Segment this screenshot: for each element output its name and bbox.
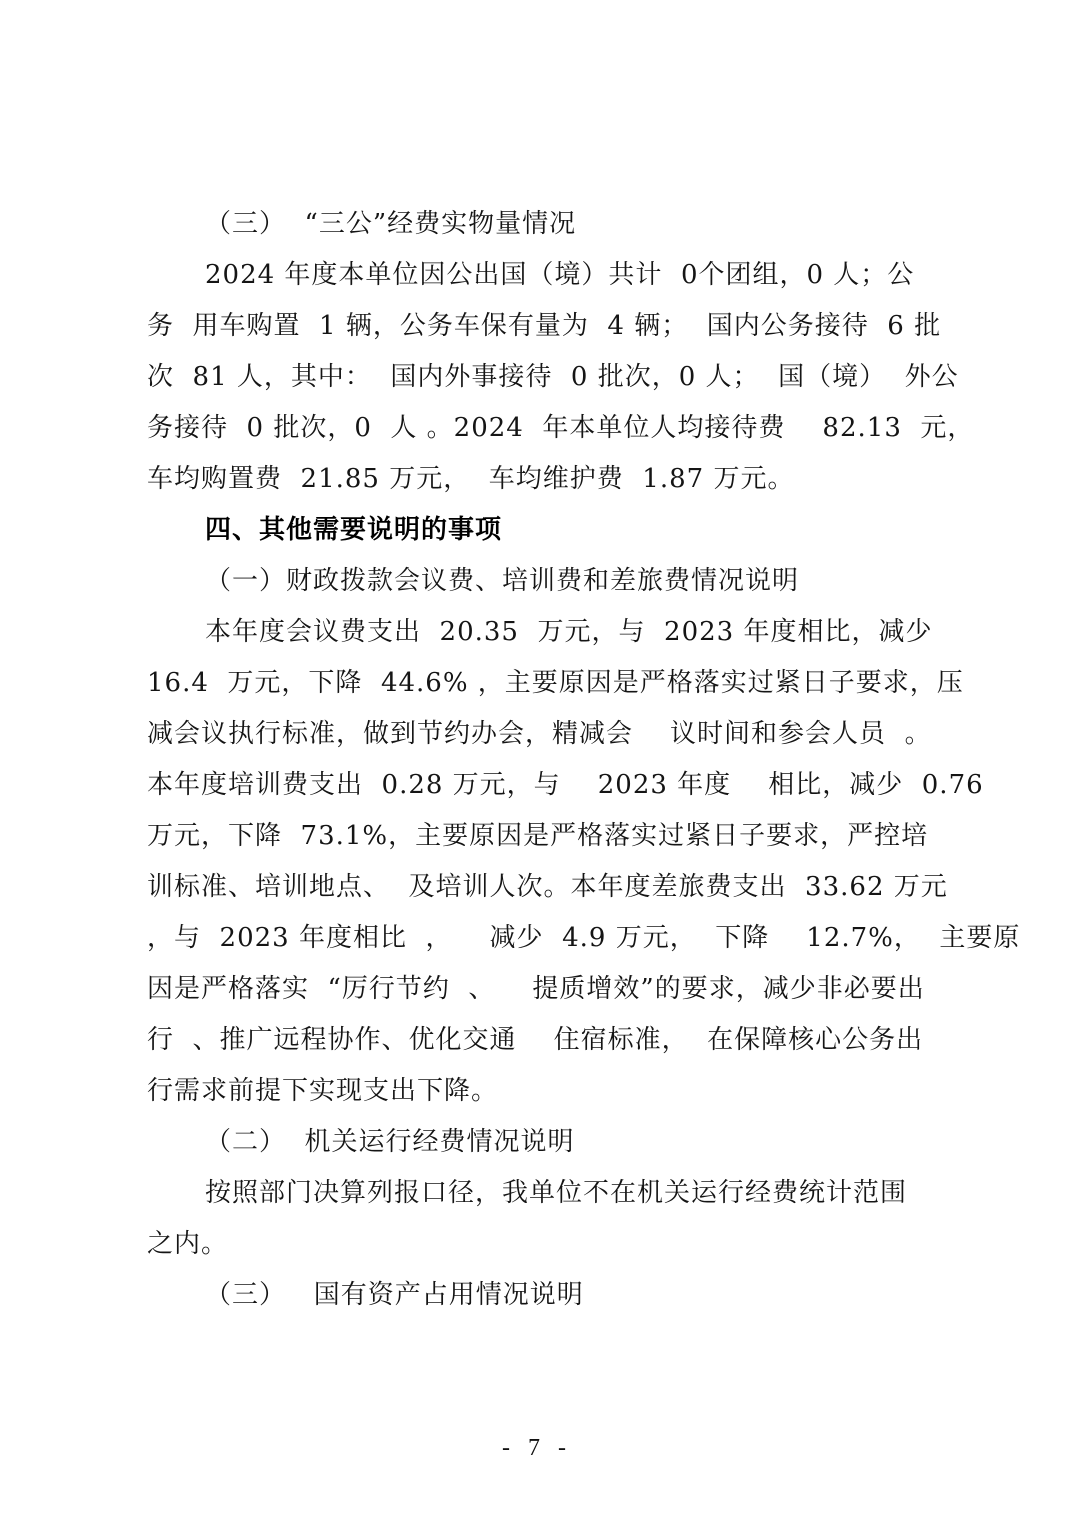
subsection-3-title: （三） 国有资产占用情况说明 — [205, 1278, 584, 1312]
paragraph-line: 16.4 万元，下降 44.6% ，主要原因是严格落实过紧日子要求，压 — [147, 666, 964, 700]
paragraph-line: 按照部门决算列报口径，我单位不在机关运行经费统计范围 — [205, 1176, 907, 1210]
paragraph-line: 之内。 — [147, 1227, 228, 1261]
paragraph-line: 车均购置费 21.85 万元， 车均维护费 1.87 万元。 — [147, 462, 794, 496]
paragraph-line: ，与 2023 年度相比 ， 减少 4.9 万元， 下降 12.7%， 主要原 — [147, 921, 1020, 955]
page-number: - 7 - — [0, 1433, 1074, 1463]
section-3-title: （三） “三公”经费实物量情况 — [205, 207, 576, 241]
subsection-1-title: （一）财政拨款会议费、培训费和差旅费情况说明 — [205, 564, 799, 598]
paragraph-line: 训标准、培训地点、 及培训人次。本年度差旅费支出 33.62 万元 — [147, 870, 948, 904]
paragraph-line: 本年度培训费支出 0.28 万元，与 2023 年度 相比，减少 0.76 — [147, 768, 984, 802]
paragraph-line: 本年度会议费支出 20.35 万元，与 2023 年度相比，减少 — [205, 615, 932, 649]
paragraph-line: 次 81 人，其中： 国内外事接待 0 批次，0 人； 国（境） 外公 — [147, 360, 959, 394]
paragraph-line: 2024 年度本单位因公出国（境）共计 0个团组，0 人；公 — [205, 258, 914, 292]
document-page: （三） “三公”经费实物量情况 2024 年度本单位因公出国（境）共计 0个团组… — [0, 0, 1074, 1520]
paragraph-line: 行需求前提下实现支出下降。 — [147, 1074, 498, 1108]
part-4-title: 四、其他需要说明的事项 — [205, 513, 502, 547]
paragraph-line: 减会议执行标准，做到节约办会，精减会 议时间和参会人员 。 — [147, 717, 932, 751]
paragraph-line: 行 、推广远程协作、优化交通 住宿标准， 在保障核心公务出 — [147, 1023, 923, 1057]
paragraph-line: 因是严格落实 “厉行节约 、 提质增效”的要求，减少非必要出 — [147, 972, 925, 1006]
paragraph-line: 务接待 0 批次，0 人 。2024 年本单位人均接待费 82.13 元， — [147, 411, 974, 445]
paragraph-line: 万元，下降 73.1%，主要原因是严格落实过紧日子要求，严控培 — [147, 819, 928, 853]
subsection-2-title: （二） 机关运行经费情况说明 — [205, 1125, 575, 1159]
paragraph-line: 务 用车购置 1 辆，公务车保有量为 4 辆； 国内公务接待 6 批 — [147, 309, 941, 343]
